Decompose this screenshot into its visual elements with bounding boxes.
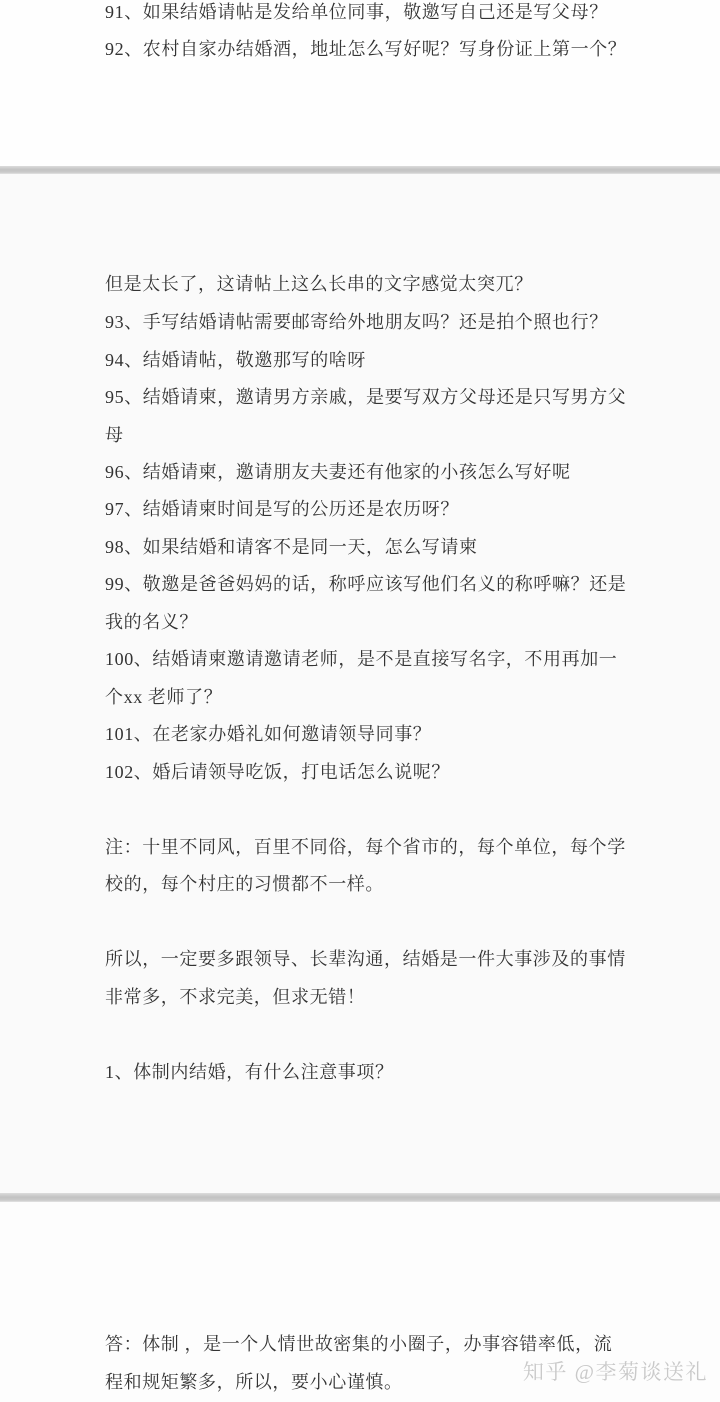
section-divider xyxy=(0,166,720,174)
advice-line: 所以，一定要多跟领导、长辈沟通，结婚是一件大事涉及的事情 xyxy=(105,947,665,971)
question-line-98: 98、如果结婚和请客不是同一天，怎么写请柬 xyxy=(105,535,665,559)
question-line-95-wrap: 母 xyxy=(105,423,665,447)
question-line-94: 94、结婚请帖，敬邀那写的啥呀 xyxy=(105,348,665,372)
question-line-1: 1、体制内结婚，有什么注意事项？ xyxy=(105,1060,665,1084)
question-line-99-wrap: 我的名义？ xyxy=(105,610,665,634)
question-line-92: 92、农村自家办结婚酒，地址怎么写好呢？写身份证上第一个？ xyxy=(105,37,665,61)
question-line-101: 101、在老家办婚礼如何邀请领导同事？ xyxy=(105,722,665,746)
question-line-91: 91、如果结婚请帖是发给单位同事，敬邀写自己还是写父母？ xyxy=(105,0,665,24)
question-line-95: 95、结婚请柬，邀请男方亲戚，是要写双方父母还是只写男方父 xyxy=(105,385,665,409)
section-divider xyxy=(0,1193,720,1202)
question-line-93: 93、手写结婚请帖需要邮寄给外地朋友吗？还是拍个照也行？ xyxy=(105,310,665,334)
document-page: { "page": { "kind": "scanned-document-im… xyxy=(0,0,720,1402)
note-line-wrap: 校的，每个村庄的习惯都不一样。 xyxy=(105,872,665,896)
paragraph-line: 但是太长了，这请帖上这么长串的文字感觉太突兀？ xyxy=(105,272,665,296)
question-line-100-wrap: 个xx 老师了？ xyxy=(105,685,665,709)
note-line: 注：十里不同风，百里不同俗，每个省市的，每个单位，每个学 xyxy=(105,835,665,859)
question-line-102: 102、婚后请领导吃饭，打电话怎么说呢？ xyxy=(105,760,665,784)
question-line-99: 99、敬邀是爸爸妈妈的话，称呼应该写他们名义的称呼嘛？还是 xyxy=(105,572,665,596)
question-line-100: 100、结婚请柬邀请邀请老师，是不是直接写名字，不用再加一 xyxy=(105,647,665,671)
question-line-96: 96、结婚请柬，邀请朋友夫妻还有他家的小孩怎么写好呢 xyxy=(105,460,665,484)
zhihu-watermark: 知乎 @李菊谈送礼 xyxy=(523,1356,708,1386)
question-line-97: 97、结婚请柬时间是写的公历还是农历呀？ xyxy=(105,497,665,521)
page-section-top xyxy=(0,0,720,166)
answer-line: 答：体制 ，是一个人情世故密集的小圈子，办事容错率低，流 xyxy=(105,1332,665,1356)
advice-line-wrap: 非常多，不求完美，但求无错！ xyxy=(105,985,665,1009)
